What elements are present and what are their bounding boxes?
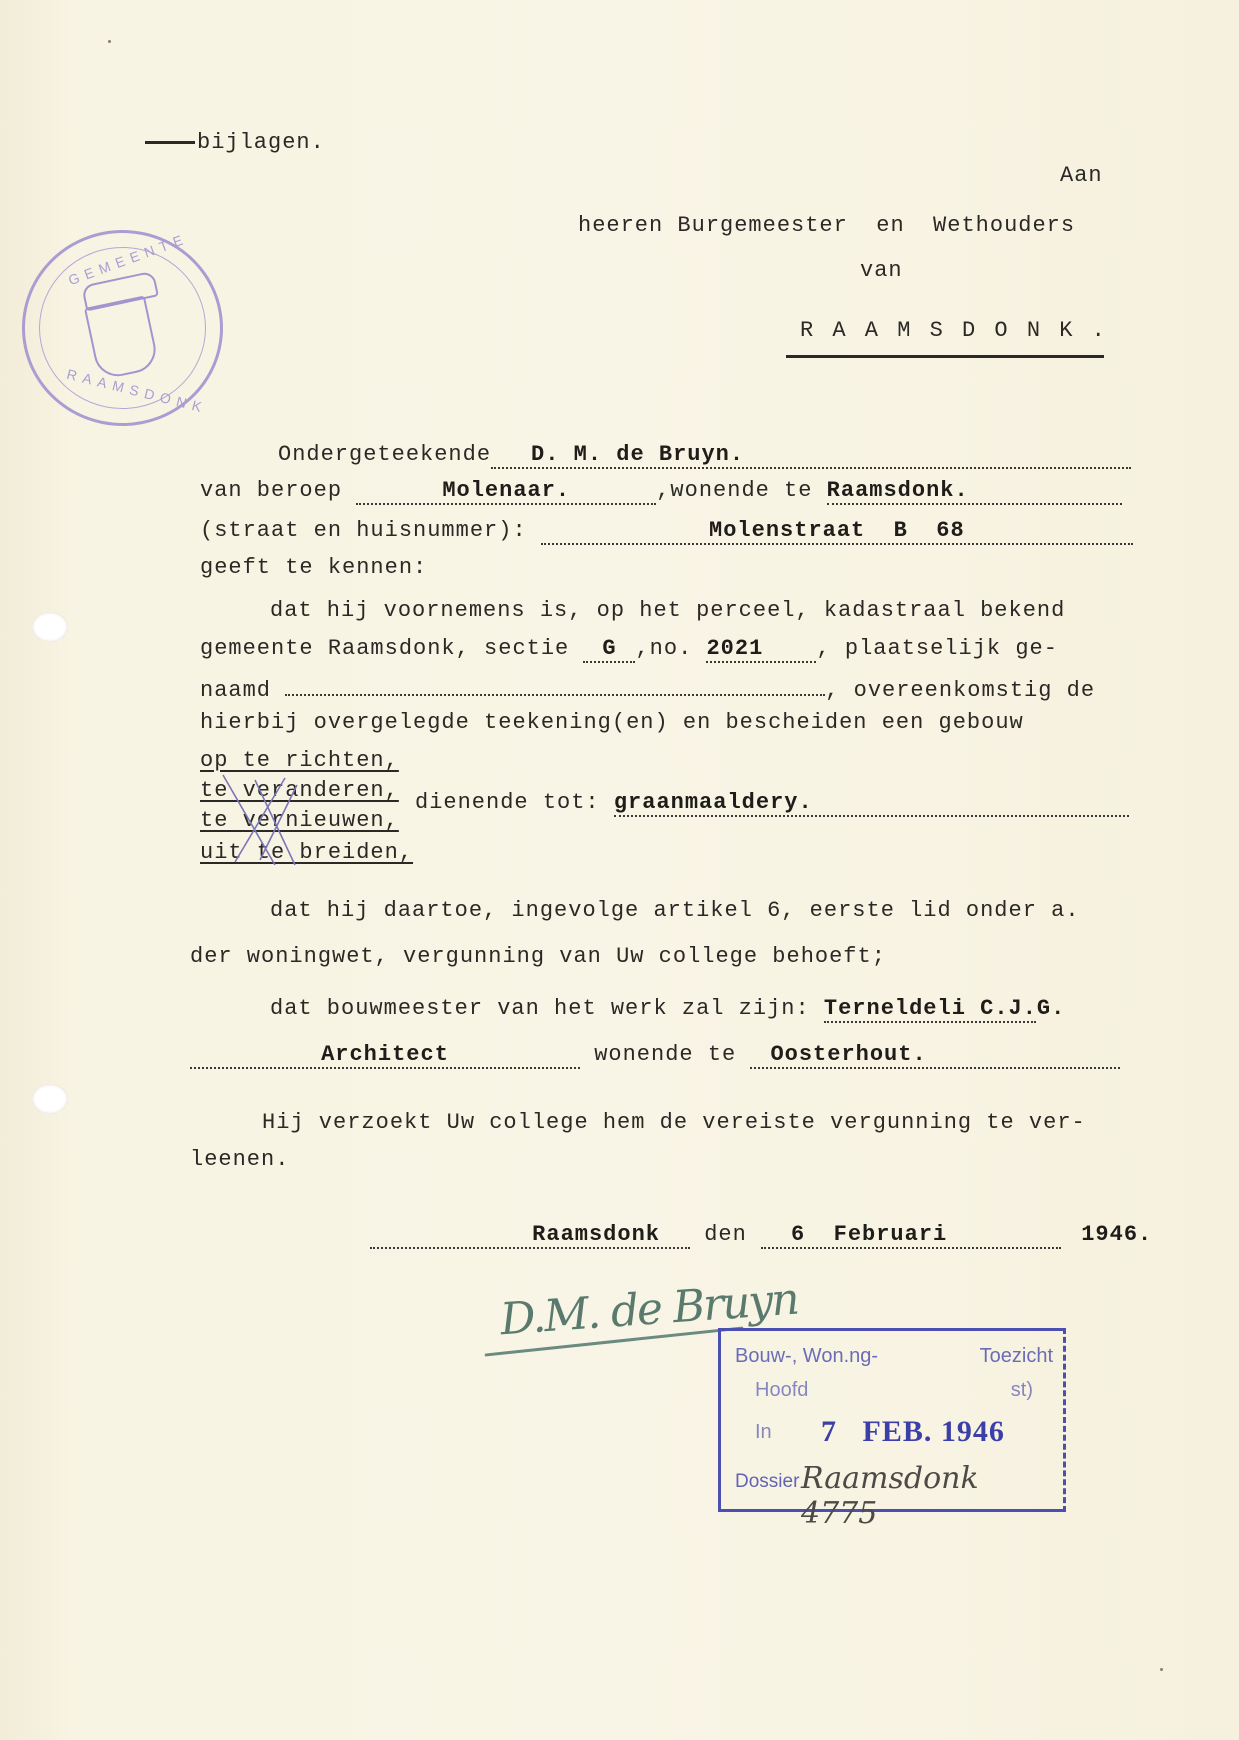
strikethrough-cross-icon [215,770,305,870]
architect-name-field[interactable]: Terneldeli C.J.G. [824,997,1036,1023]
year-field: 1946. [1081,1222,1152,1247]
attachments-label: bijlagen. [197,130,325,155]
attachments-line: bijlagen. [145,130,325,155]
stamp-dossier-value: Raamsdonk 4775 [801,1461,1063,1531]
local-name-field[interactable] [285,672,825,696]
closing-row: Raamsdonk den 6 Februari 1946. [370,1222,1152,1249]
section-field[interactable]: G [583,637,635,663]
para1-line2-a: gemeente Raamsdonk, sectie [200,636,569,661]
stamp-line2-right: st) [1011,1379,1033,1402]
para1-line4: hierbij overgelegde teekening(en) en bes… [200,710,1024,735]
para3-row: dat bouwmeester van het werk zal zijn: T… [270,996,1036,1023]
architect-city-field[interactable]: Oosterhout. [750,1043,1120,1069]
stamp-line2-left: Hoofd [755,1379,808,1402]
undersigned-field[interactable]: D. M. de Bruyn. [491,443,1131,469]
para1-line2: gemeente Raamsdonk, sectie G,no. 2021, p… [200,636,1058,663]
address-label: (straat en huisnummer): [200,518,527,543]
addressee-van: van [860,258,903,283]
occupation-row: van beroep Molenaar.,wonende te Raamsdon… [200,478,1122,505]
occupation-field[interactable]: Molenaar. [356,479,656,505]
paper-speck [108,40,111,43]
addressee-aan: Aan [1060,163,1103,188]
paper-speck [1160,1668,1163,1671]
undersigned-label: Ondergeteekende [278,442,491,467]
residing-field[interactable]: Raamsdonk. [827,479,1122,505]
request-line2: leenen. [190,1147,289,1172]
punch-hole-bottom [32,1084,68,1114]
para1-line3: naamd , overeenkomstig de [200,672,1095,703]
para3-label: dat bouwmeester van het werk zal zijn: [270,996,810,1021]
address-row: (straat en huisnummer): Molenstraat B 68 [200,518,1133,545]
occupation-label: van beroep [200,478,342,503]
declares-line: geeft te kennen: [200,555,427,580]
attachments-blank [145,141,195,144]
para1-line3-b: , overeenkomstig de [825,678,1095,703]
municipal-seal: GEMEENTE RAAMSDONK [22,230,223,426]
document-page: bijlagen. Aan heeren Burgemeester en Wet… [0,0,1239,1740]
place-field[interactable]: Raamsdonk [370,1223,690,1249]
stamp-line1-left: Bouw-, Won.ng- [735,1345,878,1368]
parcel-number-field[interactable]: 2021 [706,637,816,663]
para1-line2-b: ,no. [635,636,692,661]
architect-residing-label: wonende te [594,1042,736,1067]
date-field[interactable]: 6 Februari [761,1223,1061,1249]
addressee-heeren: heeren Burgemeester en Wethouders [578,213,1075,238]
den-label: den [704,1222,747,1247]
stamp-line3-prefix: In [755,1421,772,1444]
stamp-dossier-label: Dossier [735,1471,799,1493]
undersigned-row: OndergeteekendeD. M. de Bruyn. [278,442,1131,469]
purpose-row: dienende tot: graanmaaldery. [415,790,1129,817]
request-line1: Hij verzoekt Uw college hem de vereiste … [262,1110,1086,1135]
received-stamp: Bouw-, Won.ng- Toezicht Hoofd st) In 7 F… [718,1328,1066,1512]
architect-row: Architect wonende te Oosterhout. [190,1042,1120,1069]
para2-line1: dat hij daartoe, ingevolge artikel 6, ee… [270,898,1080,923]
para2-line2: der woningwet, vergunning van Uw college… [190,944,886,969]
address-field[interactable]: Molenstraat B 68 [541,519,1133,545]
para1-line1: dat hij voornemens is, op het perceel, k… [270,598,1065,623]
municipality-underline [786,355,1104,358]
addressee-municipality: R A A M S D O N K . [800,318,1108,343]
para1-line3-a: naamd [200,678,271,703]
purpose-label: dienende tot: [415,790,600,815]
residing-label: ,wonende te [656,478,812,503]
punch-hole-top [32,612,68,642]
architect-title-field[interactable]: Architect [190,1043,580,1069]
stamp-date: 7 FEB. 1946 [821,1415,1005,1449]
purpose-field[interactable]: graanmaaldery. [614,791,1129,817]
stamp-line1-right: Toezicht [980,1345,1053,1368]
para1-line2-c: , plaatselijk ge- [816,636,1057,661]
